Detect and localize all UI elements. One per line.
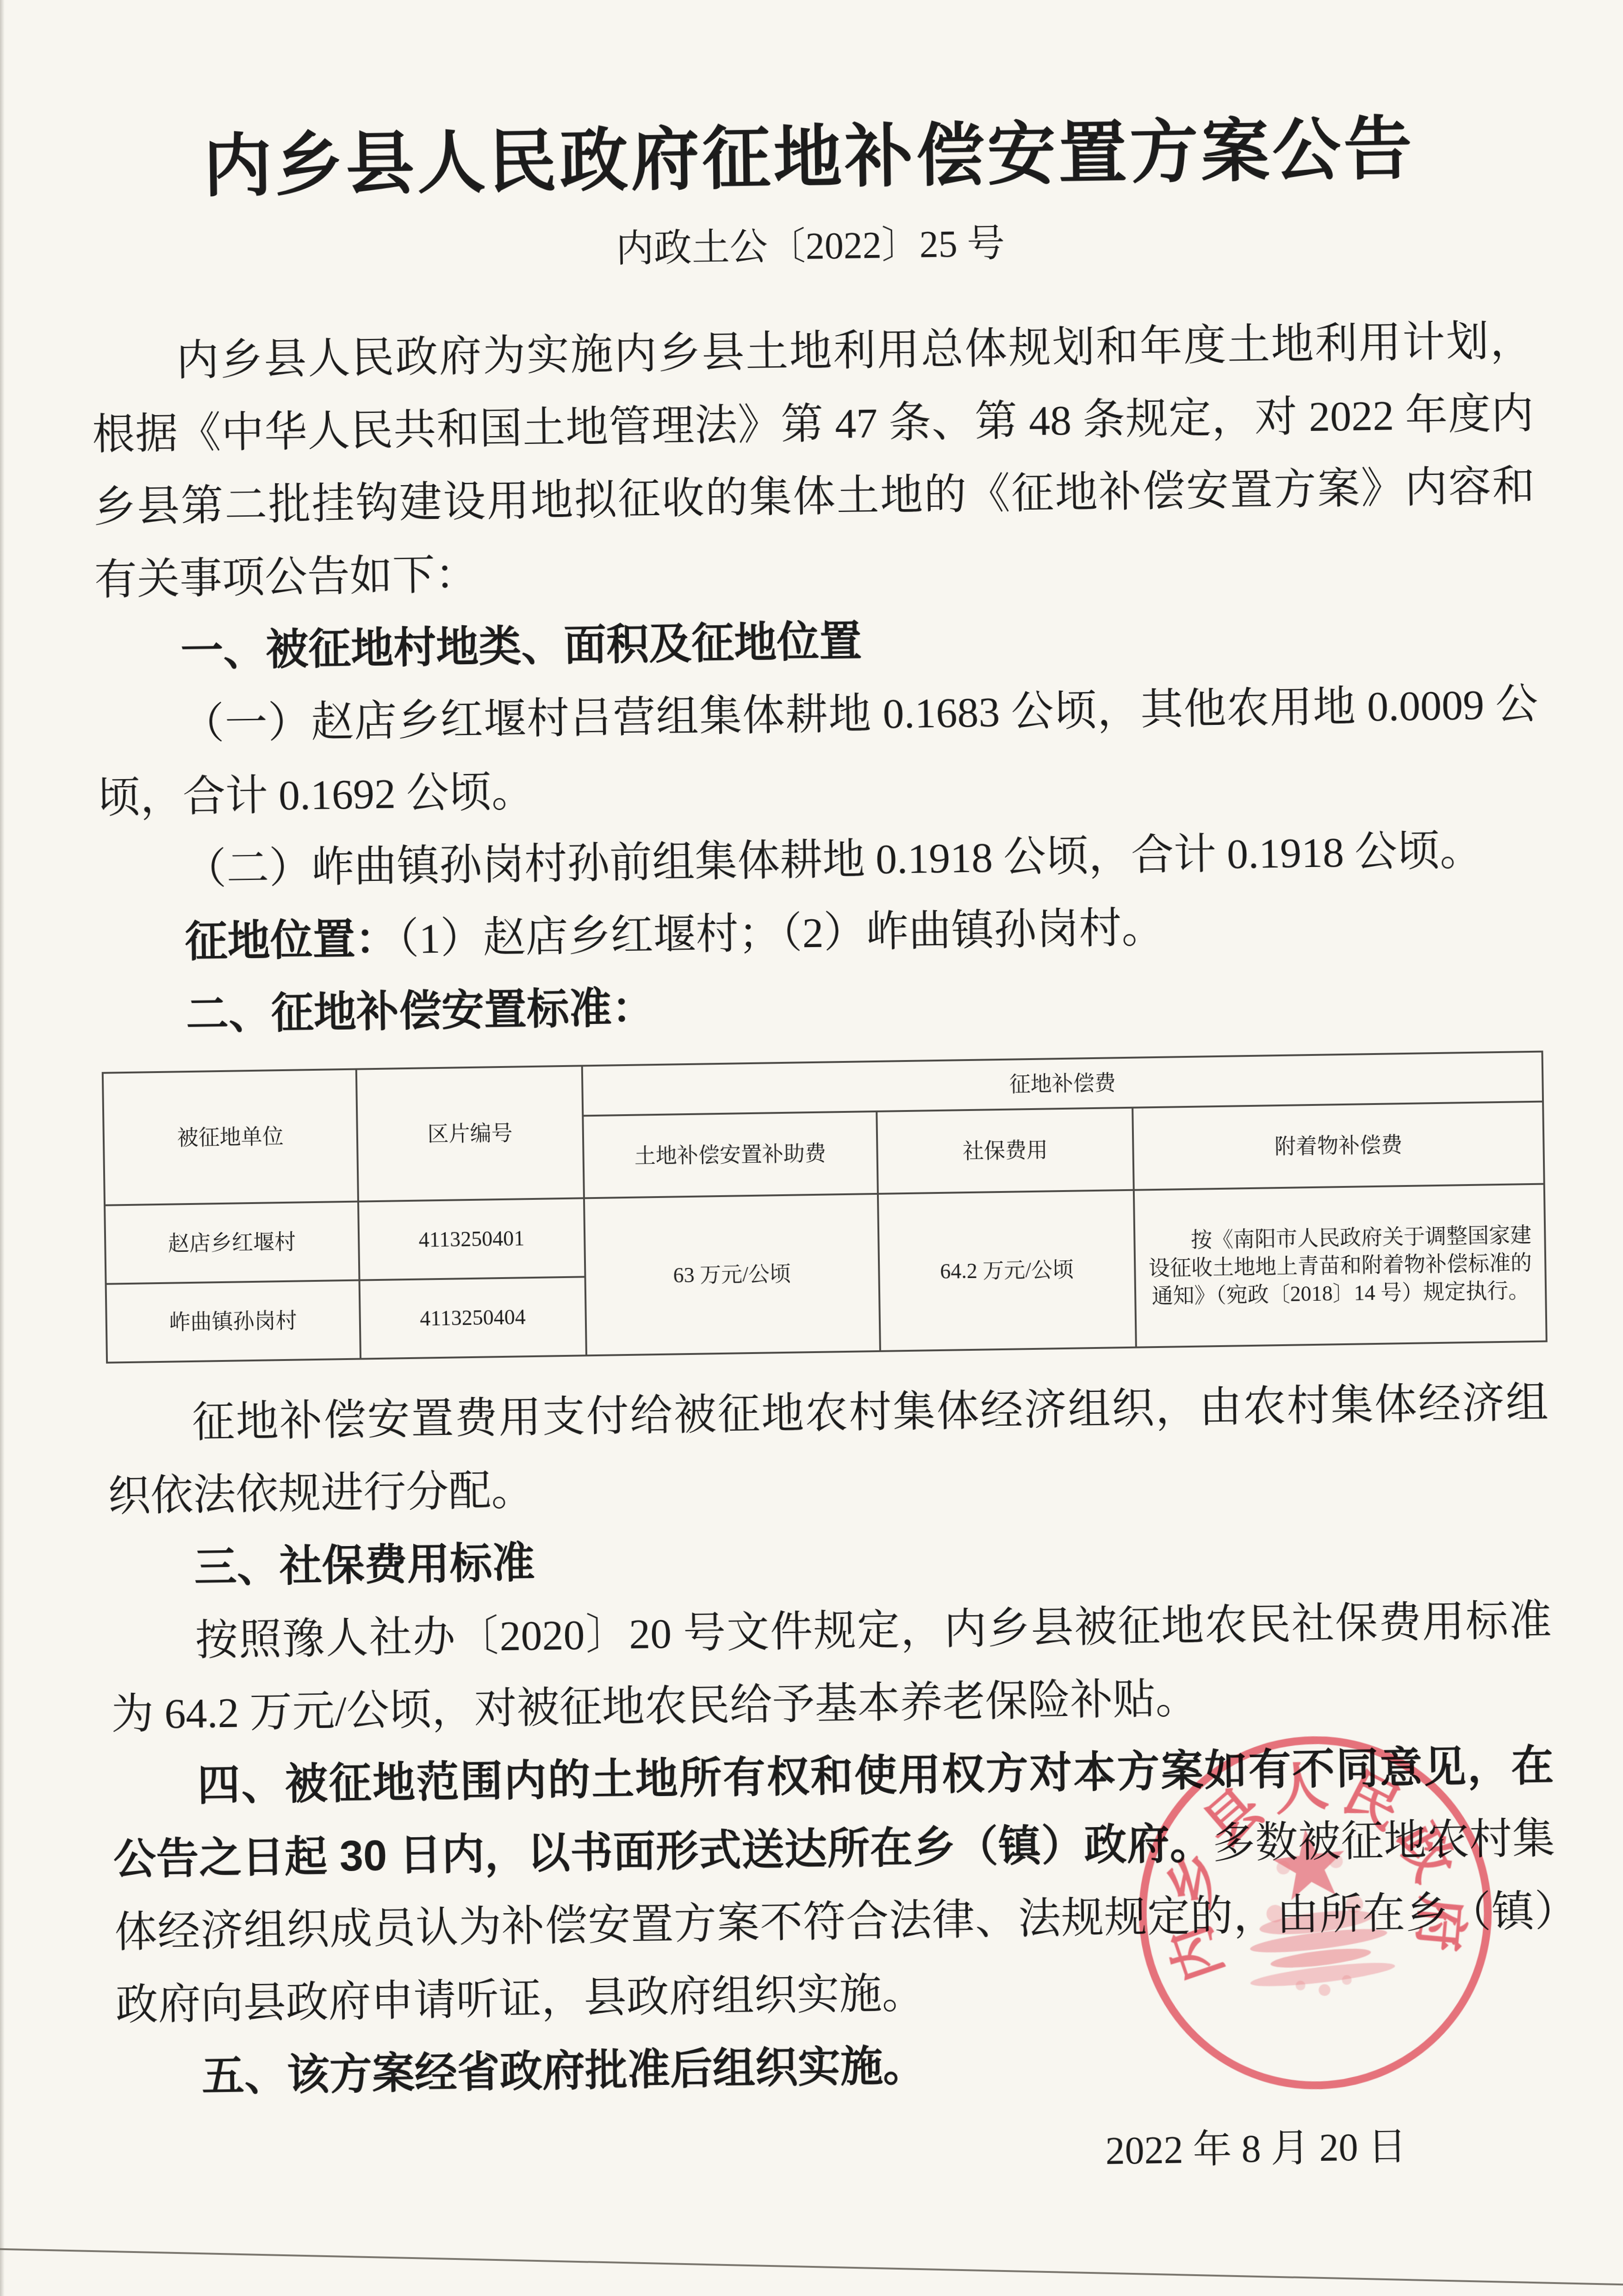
seal-char: 人 — [1270, 1755, 1331, 1822]
cell-social-fee: 64.2 万元/公顷 — [877, 1190, 1136, 1351]
document-date: 2022 年 8 月 20 日 — [118, 2117, 1560, 2194]
header-cell-attachment-fee: 附着物补偿费 — [1133, 1102, 1544, 1190]
seal-char: 政 — [1385, 1814, 1464, 1891]
document-title: 内乡县人民政府征地补偿安置方案公告 — [86, 0, 1530, 212]
seal-graphic: 内 乡 县 人 民 政 府 — [1123, 1721, 1507, 2105]
cell-land-fee: 63 万元/公顷 — [584, 1194, 880, 1355]
intro-paragraph: 内乡县人民政府为实施内乡县土地利用总体规划和年度土地利用计划，根据《中华人民共和… — [91, 305, 1536, 617]
document-number: 内政土公〔2022〕25 号 — [89, 213, 1531, 280]
header-cell-social-fee: 社保费用 — [877, 1108, 1134, 1194]
document-content: 内乡县人民政府征地补偿安置方案公告 内政土公〔2022〕25 号 内乡县人民政府… — [0, 0, 1623, 2196]
scan-artifact-line — [0, 2248, 1623, 2286]
cell-attachment-fee: 按《南阳市人民政府关于调整国家建设征收土地地上青苗和附着物补偿标准的通知》（宛政… — [1134, 1184, 1547, 1348]
location-label: 征地位置： — [185, 916, 398, 966]
seal-emblem — [1233, 1821, 1398, 2004]
header-cell-code: 区片编号 — [356, 1066, 584, 1202]
seal-char: 府 — [1407, 1894, 1472, 1954]
header-cell-land-fee: 土地补偿安置补助费 — [583, 1111, 877, 1198]
seal-char: 县 — [1193, 1778, 1274, 1859]
compensation-table: 被征地单位 区片编号 征地补偿费 土地补偿安置补助费 社保费用 附着物补偿费 赵… — [102, 1051, 1548, 1364]
cell-code-1: 4113250401 — [358, 1198, 585, 1280]
scanned-document-page: 内乡县人民政府征地补偿安置方案公告 内政土公〔2022〕25 号 内乡县人民政府… — [0, 0, 1623, 2296]
section2-note: 征地补偿安置费用支付给被征地农村集体经济组织，由农村集体经济组织依法依规进行分配… — [106, 1366, 1550, 1533]
cell-unit-2: 岞曲镇孙岗村 — [106, 1280, 361, 1363]
cell-unit-1: 赵店乡红堰村 — [105, 1202, 359, 1284]
government-seal: 内 乡 县 人 民 政 府 — [1099, 1697, 1531, 2129]
cell-code-2: 4113250404 — [359, 1277, 586, 1359]
section1-item1: （一）赵店乡红堰村吕营组集体耕地 0.1683 公顷，其他农用地 0.0009 … — [96, 668, 1540, 835]
seal-char: 内 — [1160, 1918, 1234, 1989]
seal-char: 民 — [1334, 1762, 1410, 1841]
header-cell-unit: 被征地单位 — [103, 1069, 358, 1205]
location-text: （1）赵店乡红堰村；（2）岞曲镇孙岗村。 — [398, 904, 1164, 963]
seal-char: 乡 — [1158, 1846, 1231, 1914]
